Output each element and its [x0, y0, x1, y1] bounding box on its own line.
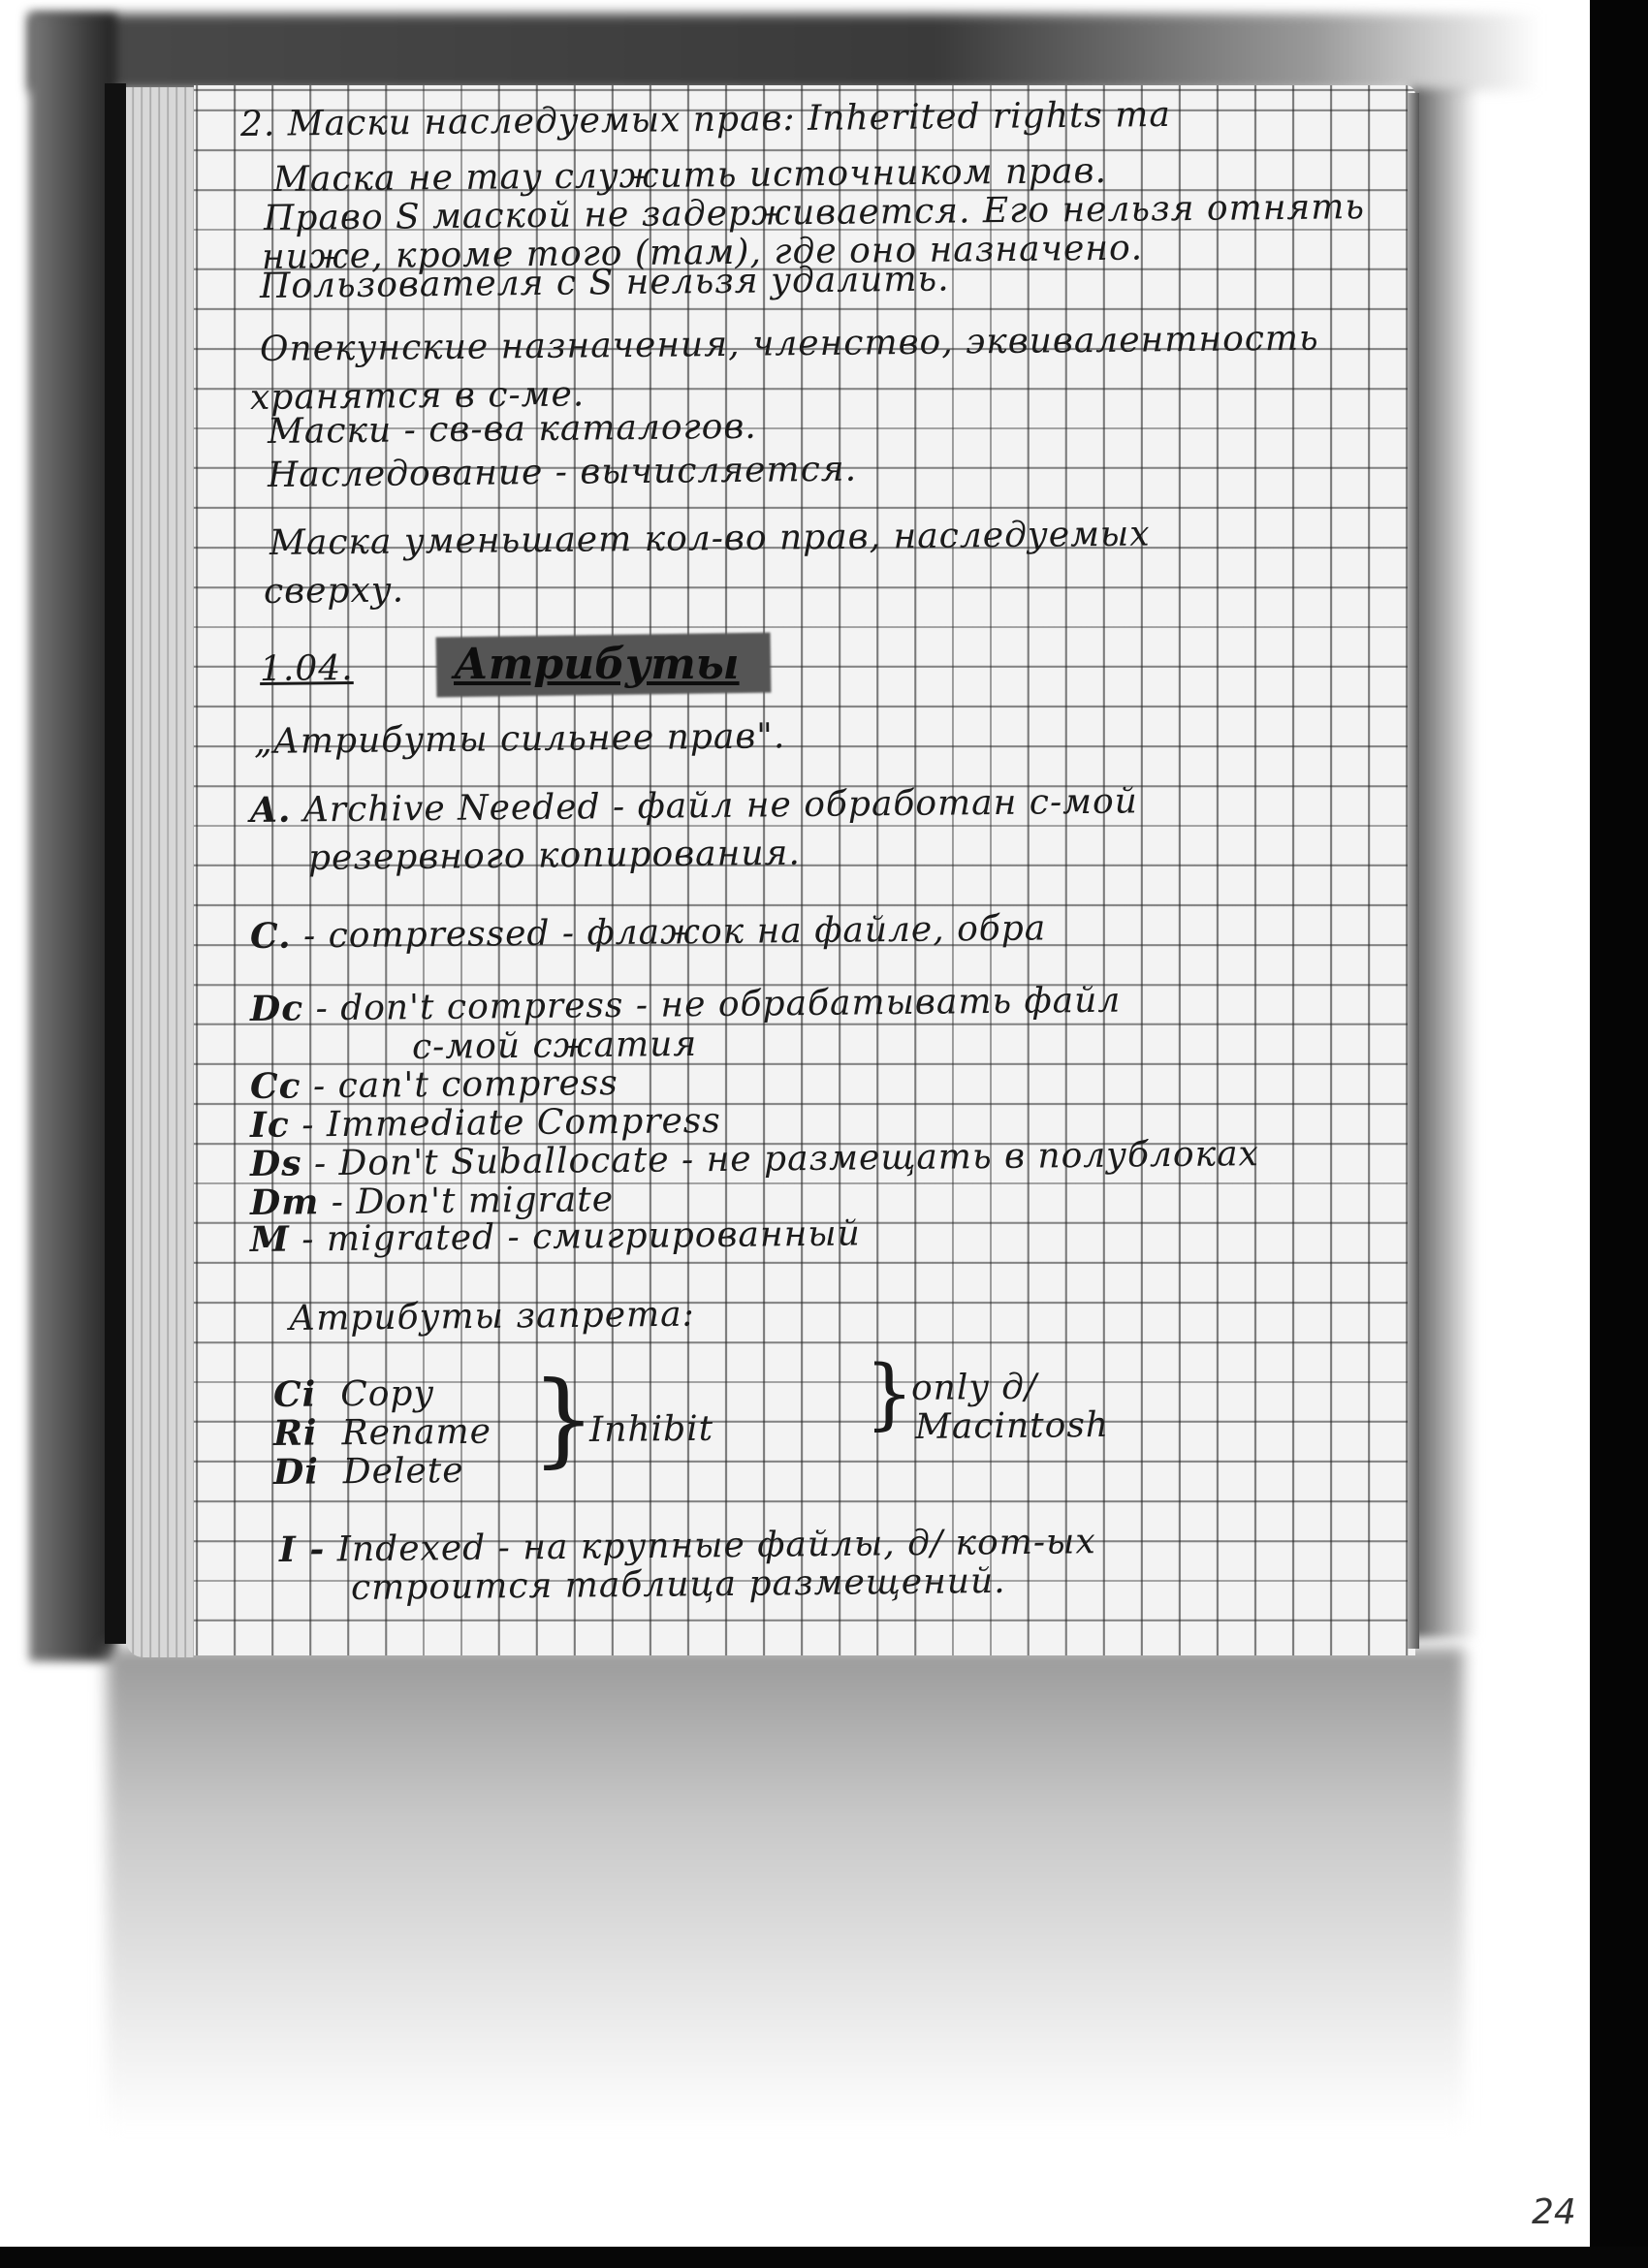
inhibit-note: only д/ — [911, 1368, 1038, 1408]
attribute-continuation: резервного копирования. — [308, 834, 801, 878]
attribute-item: C. - compressed - флажок на файле, обра — [250, 907, 1047, 957]
text-line: Наследование - вычисляется. — [268, 450, 857, 495]
scan-shadow-top — [29, 14, 1541, 91]
attribute-code: Ic — [250, 1105, 290, 1146]
attribute-code: Dc — [250, 988, 304, 1029]
attribute-code: C. — [250, 916, 292, 957]
scan-shadow-right — [1410, 87, 1478, 1638]
attribute-desc: - don't compress - не обрабатывать файл — [315, 981, 1121, 1029]
inhibit-code: Di — [273, 1452, 319, 1493]
attribute-code: Dm — [250, 1181, 320, 1223]
section-date: 1.04. — [260, 648, 354, 689]
attribute-code: Ds — [250, 1143, 302, 1184]
text-line: Маски - св-ва каталогов. — [268, 407, 757, 452]
inhibit-label: Copy — [340, 1373, 434, 1414]
scanner-edge-right — [1590, 0, 1648, 2268]
inhibit-code: Ci — [273, 1374, 317, 1415]
attribute-code: Cc — [250, 1065, 301, 1107]
attribute-code: A. — [250, 790, 292, 831]
inhibit-heading: Атрибуты запрета: — [289, 1295, 695, 1339]
inhibit-code: Ri — [273, 1413, 318, 1454]
text-line: сверху. — [264, 570, 405, 612]
scanner-edge-bottom — [0, 2247, 1648, 2268]
attribute-item: M - migrated - смигрированный — [250, 1213, 861, 1260]
scan-shadow-bottom — [107, 1648, 1464, 2132]
attribute-code: I - — [279, 1529, 326, 1570]
attribute-desc: - can't compress — [313, 1063, 618, 1106]
brace-icon: } — [531, 1369, 596, 1470]
attribute-desc: - compressed - флажок на файле, обра — [303, 908, 1047, 956]
inhibit-label: Rename — [341, 1412, 491, 1454]
notebook-cover-edge — [105, 83, 126, 1644]
scan-shadow-left — [29, 14, 116, 1661]
text-line: Пользователя с S нельзя удалить. — [260, 260, 950, 306]
notebook-page-stack — [126, 87, 194, 1657]
inhibit-item: Di Delete — [273, 1450, 464, 1493]
inhibit-item: Ci Copy — [273, 1372, 434, 1415]
page-edge-shadow — [1408, 93, 1419, 1649]
attribute-desc: - migrated - смигрированный — [301, 1213, 861, 1259]
page-number: 24 — [1532, 2192, 1576, 2232]
inhibit-item: Ri Rename — [273, 1411, 491, 1454]
inhibit-label: Delete — [343, 1451, 464, 1492]
inhibit-group-label: Inhibit — [589, 1409, 714, 1450]
quote-line: „Атрибуты сильнее прав". — [254, 716, 786, 762]
attribute-code: M — [250, 1219, 290, 1260]
section-title: Атрибуты — [454, 640, 740, 689]
inhibit-note: Macintosh — [915, 1405, 1109, 1447]
attribute-item: Cc - can't compress — [250, 1062, 618, 1107]
attribute-continuation: с-мой сжатия — [412, 1024, 698, 1067]
brace-icon: } — [865, 1355, 914, 1433]
attribute-continuation: строится таблица размещений. — [351, 1561, 1006, 1608]
